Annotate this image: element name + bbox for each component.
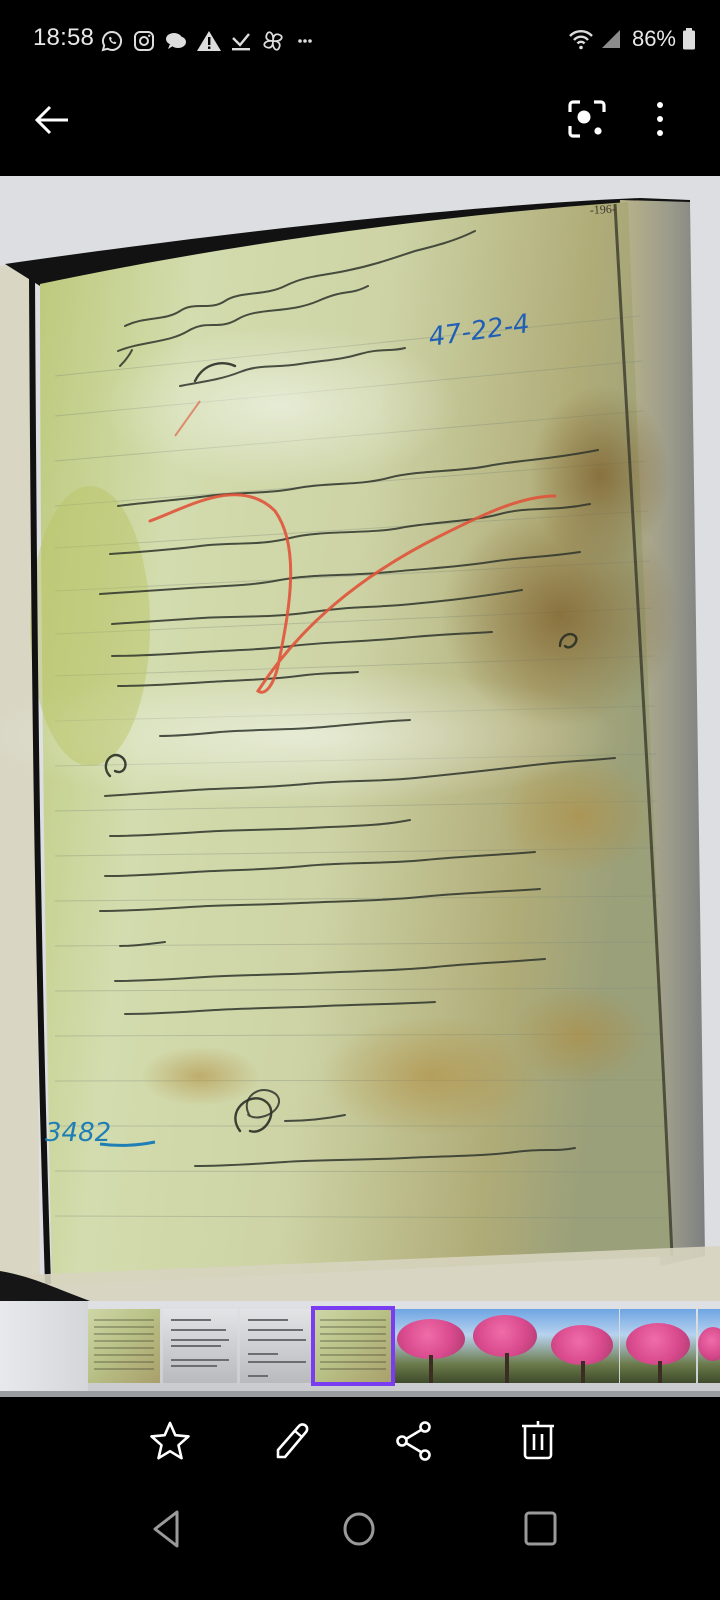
warning-icon (196, 29, 222, 53)
star-icon (146, 1417, 194, 1465)
lens-icon (564, 96, 610, 142)
notification-icons (100, 26, 316, 56)
status-time: 18:58 (33, 24, 94, 52)
thumbnail-tree-5[interactable] (698, 1309, 720, 1383)
chat-bubbles-icon (164, 29, 188, 53)
thumbnail-manuscript-selected[interactable] (314, 1309, 392, 1383)
download-done-icon (230, 29, 252, 53)
system-status: 86% (568, 24, 696, 54)
delete-button[interactable] (514, 1417, 562, 1465)
system-navigation-bar (0, 1482, 720, 1600)
thumbnail-printed-doc-1[interactable] (163, 1309, 237, 1383)
lens-button[interactable] (564, 96, 610, 142)
thumbnail-manuscript-1[interactable] (88, 1309, 160, 1383)
top-app-bar (0, 80, 720, 176)
nav-back-button[interactable] (143, 1504, 193, 1554)
thumbnail-tree-1[interactable] (395, 1309, 469, 1383)
nav-back-icon (143, 1504, 193, 1554)
battery-icon (682, 27, 696, 51)
back-arrow-icon (30, 98, 74, 142)
nav-home-button[interactable] (334, 1504, 384, 1554)
thumbnail-tree-4[interactable] (620, 1309, 696, 1383)
page-number: -196- (589, 202, 616, 217)
filmstrip-padding (0, 1301, 88, 1391)
nav-recents-button[interactable] (516, 1504, 566, 1554)
bottom-action-bar (0, 1397, 720, 1482)
instagram-icon (132, 29, 156, 53)
edit-button[interactable] (268, 1417, 316, 1465)
share-icon (390, 1417, 438, 1465)
pinwheel-icon (260, 28, 286, 54)
wifi-icon (568, 27, 594, 51)
thumbnail-tree-2[interactable] (469, 1309, 543, 1383)
thumbnail-strip[interactable] (0, 1301, 720, 1391)
share-button[interactable] (390, 1417, 438, 1465)
nav-recents-icon (516, 1504, 566, 1554)
thumbnail-tree-3[interactable] (543, 1309, 619, 1383)
more-options-button[interactable] (640, 96, 680, 142)
more-vertical-icon (640, 96, 680, 142)
favorite-button[interactable] (146, 1417, 194, 1465)
photo-viewer[interactable]: -196- (0, 176, 720, 1301)
back-button[interactable] (30, 98, 74, 142)
trash-icon (514, 1417, 562, 1465)
whatsapp-icon (100, 29, 124, 53)
status-bar: 18:58 86% (0, 0, 720, 80)
pencil-icon (268, 1417, 316, 1465)
thumbnail-printed-doc-2[interactable] (240, 1309, 314, 1383)
more-notifications-icon (294, 29, 316, 53)
nav-home-icon (334, 1504, 384, 1554)
cell-signal-icon (600, 28, 622, 50)
manuscript-photo: -196- (0, 176, 720, 1301)
battery-percent: 86% (632, 26, 676, 52)
